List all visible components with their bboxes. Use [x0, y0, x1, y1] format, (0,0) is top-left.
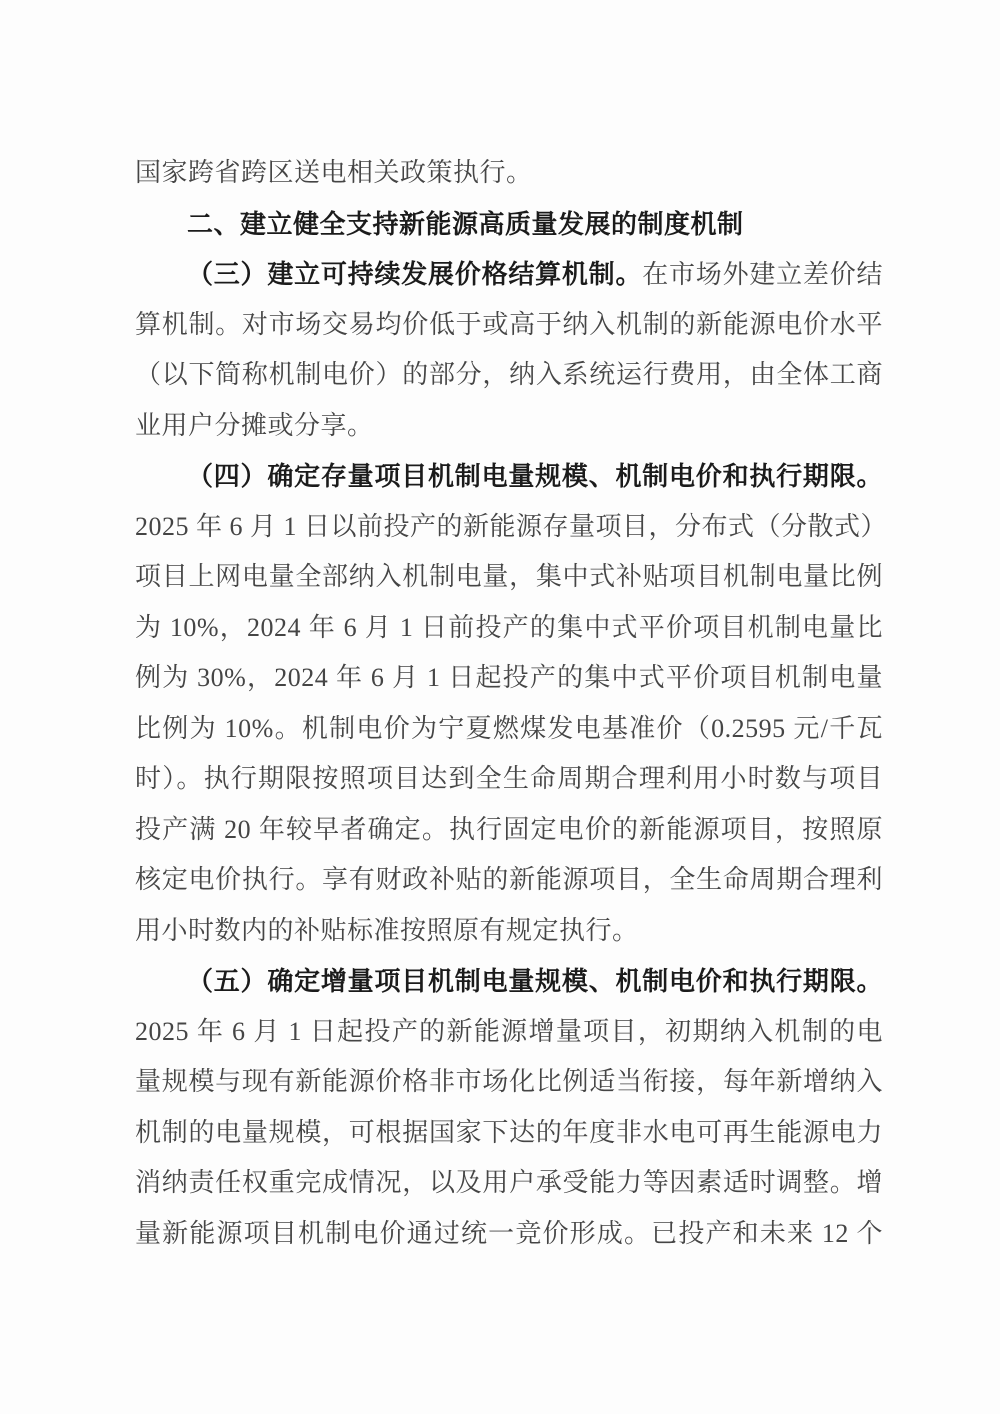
text-line: （五）确定增量项目机制电量规模、机制电价和执行期限。	[135, 956, 883, 1007]
paragraph-text: 项目上网电量全部纳入机制电量，集中式补贴项目机制电量比例	[135, 562, 883, 591]
paragraph-text: 核定电价执行。享有财政补贴的新能源项目，全生命周期合理利	[135, 865, 883, 894]
section-heading-text: （四）确定存量项目机制电量规模、机制电价和执行期限。	[187, 461, 883, 491]
text-line: 为 10%，2024 年 6 月 1 日前投产的集中式平价项目机制电量比	[135, 603, 883, 654]
paragraph-text: 机制的电量规模，可根据国家下达的年度非水电可再生能源电力	[135, 1118, 883, 1147]
paragraph-text: 时）。执行期限按照项目达到全生命周期合理利用小时数与项目	[135, 764, 883, 793]
text-line: 时）。执行期限按照项目达到全生命周期合理利用小时数与项目	[135, 754, 883, 805]
text-line: 业用户分摊或分享。	[135, 401, 883, 452]
paragraph-text: 2025 年 6 月 1 日起投产的新能源增量项目，初期纳入机制的电	[135, 1017, 883, 1046]
section-heading-text: （五）确定增量项目机制电量规模、机制电价和执行期限。	[187, 966, 883, 996]
paragraph-text: 量新能源项目机制电价通过统一竞价形成。已投产和未来 12 个	[135, 1219, 883, 1248]
text-line: 量规模与现有新能源价格非市场化比例适当衔接，每年新增纳入	[135, 1057, 883, 1108]
paragraph-text: 业用户分摊或分享。	[135, 411, 374, 440]
paragraph-text: 为 10%，2024 年 6 月 1 日前投产的集中式平价项目机制电量比	[135, 613, 883, 642]
paragraph-text: 在市场外建立差价结	[642, 260, 883, 289]
text-line: （四）确定存量项目机制电量规模、机制电价和执行期限。	[135, 451, 883, 502]
text-line: 2025 年 6 月 1 日以前投产的新能源存量项目，分布式（分散式）	[135, 502, 883, 553]
paragraph-text: 投产满 20 年较早者确定。执行固定电价的新能源项目，按照原	[135, 815, 883, 844]
paragraph-text: 例为 30%，2024 年 6 月 1 日起投产的集中式平价项目机制电量	[135, 663, 883, 692]
text-line: 核定电价执行。享有财政补贴的新能源项目，全生命周期合理利	[135, 855, 883, 906]
paragraph-text: 2025 年 6 月 1 日以前投产的新能源存量项目，分布式（分散式）	[135, 512, 883, 541]
paragraph-text: 用小时数内的补贴标准按照原有规定执行。	[135, 916, 639, 945]
document-page: 国家跨省跨区送电相关政策执行。二、建立健全支持新能源高质量发展的制度机制（三）建…	[0, 0, 1000, 1414]
text-line: 例为 30%，2024 年 6 月 1 日起投产的集中式平价项目机制电量	[135, 653, 883, 704]
text-line: 二、建立健全支持新能源高质量发展的制度机制	[135, 199, 883, 250]
text-line: 消纳责任权重完成情况，以及用户承受能力等因素适时调整。增	[135, 1158, 883, 1209]
section-heading-text: 二、建立健全支持新能源高质量发展的制度机制	[187, 209, 744, 239]
text-line: （以下简称机制电价）的部分，纳入系统运行费用，由全体工商	[135, 350, 883, 401]
text-line: 2025 年 6 月 1 日起投产的新能源增量项目，初期纳入机制的电	[135, 1007, 883, 1058]
paragraph-text: 消纳责任权重完成情况，以及用户承受能力等因素适时调整。增	[135, 1168, 883, 1197]
text-line: 用小时数内的补贴标准按照原有规定执行。	[135, 906, 883, 957]
text-line: 投产满 20 年较早者确定。执行固定电价的新能源项目，按照原	[135, 805, 883, 856]
document-text-block: 国家跨省跨区送电相关政策执行。二、建立健全支持新能源高质量发展的制度机制（三）建…	[135, 148, 883, 1259]
paragraph-text: （以下简称机制电价）的部分，纳入系统运行费用，由全体工商	[135, 360, 883, 389]
paragraph-text: 国家跨省跨区送电相关政策执行。	[135, 158, 533, 187]
paragraph-text: 比例为 10%。机制电价为宁夏燃煤发电基准价（0.2595 元/千瓦	[135, 714, 883, 743]
text-line: 比例为 10%。机制电价为宁夏燃煤发电基准价（0.2595 元/千瓦	[135, 704, 883, 755]
text-line: 项目上网电量全部纳入机制电量，集中式补贴项目机制电量比例	[135, 552, 883, 603]
text-line: 算机制。对市场交易均价低于或高于纳入机制的新能源电价水平	[135, 300, 883, 351]
text-line: （三）建立可持续发展价格结算机制。在市场外建立差价结	[135, 249, 883, 300]
paragraph-text: 量规模与现有新能源价格非市场化比例适当衔接，每年新增纳入	[135, 1067, 883, 1096]
paragraph-text: 算机制。对市场交易均价低于或高于纳入机制的新能源电价水平	[135, 310, 883, 339]
text-line: 量新能源项目机制电价通过统一竞价形成。已投产和未来 12 个	[135, 1209, 883, 1260]
text-line: 机制的电量规模，可根据国家下达的年度非水电可再生能源电力	[135, 1108, 883, 1159]
section-heading-text: （三）建立可持续发展价格结算机制。	[187, 259, 642, 289]
text-line: 国家跨省跨区送电相关政策执行。	[135, 148, 883, 199]
